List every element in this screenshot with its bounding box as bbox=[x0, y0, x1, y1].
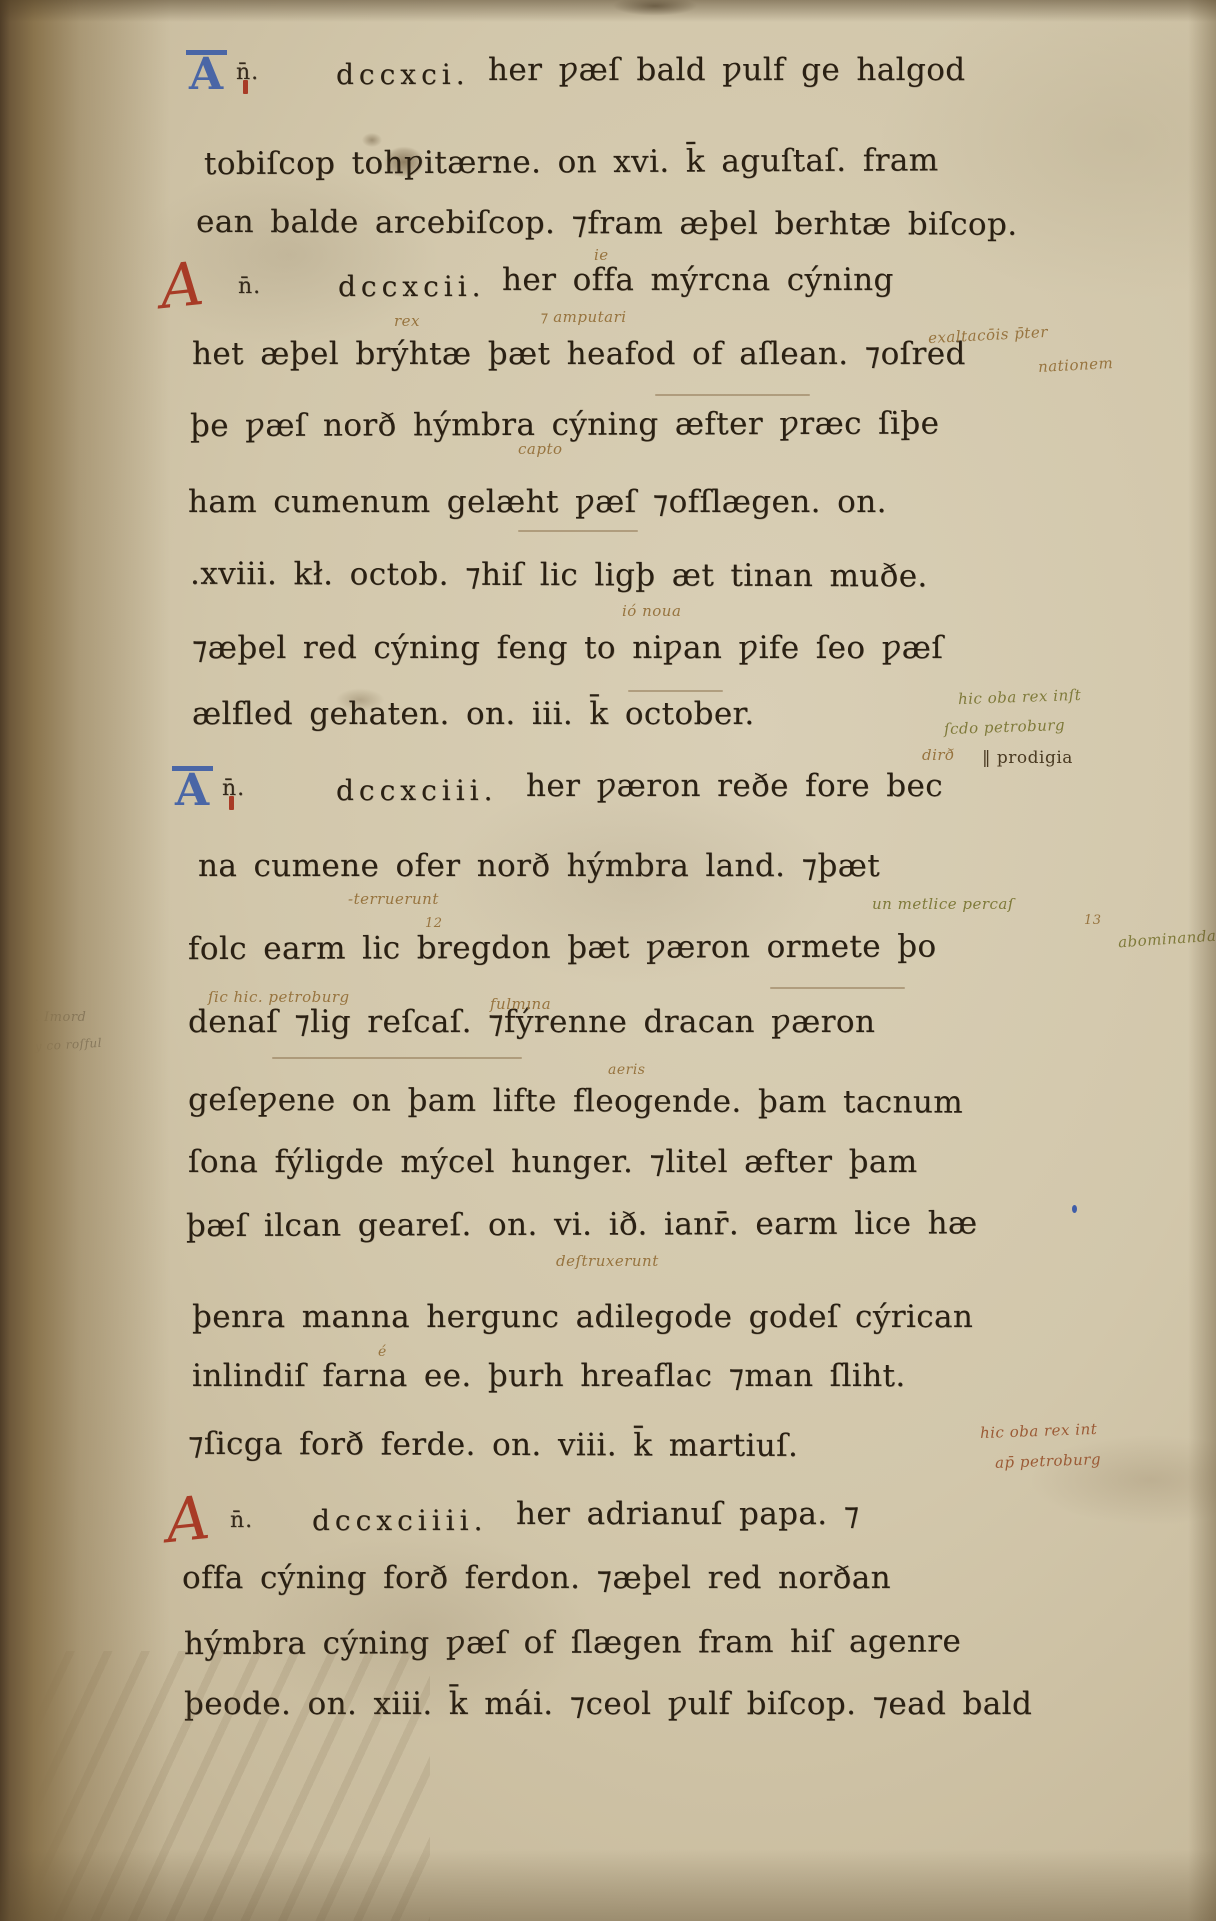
annal-initial-a: A bbox=[158, 260, 207, 312]
text-line-19: inlindiſ farna ee. þurh hreaflac ⁊man ſl… bbox=[192, 1358, 1216, 1414]
text-line-9: ⁊æþel red cýning feng to niƿan ƿife ſeo … bbox=[192, 630, 1216, 686]
interlinear-gloss: -terruerunt bbox=[348, 890, 439, 908]
annal-opening-text: her ƿæſ bald ƿulf ge halgod bbox=[488, 52, 966, 88]
text-line-21: A n̄. dccxciiii. her adrianuſ papa. ⁊ bbox=[0, 1496, 1216, 1552]
text-line-22: offa cýning forð ferdon. ⁊æþel red norða… bbox=[182, 1560, 1216, 1616]
margin-note: 2. Imord bbox=[26, 1010, 86, 1025]
interlinear-gloss: un metlice percaſ bbox=[872, 895, 1014, 913]
year-label: dccxciii. bbox=[336, 774, 498, 807]
year-label: dccxci. bbox=[336, 58, 470, 91]
margin-gloss: ‖ prodigia bbox=[982, 748, 1073, 768]
scan-artifact bbox=[0, 46, 9, 76]
text-line-23: hýmbra cýning ƿæſ of ſlægen fram hiſ age… bbox=[184, 1622, 1216, 1682]
red-tick bbox=[243, 80, 248, 94]
interlinear-gloss: rex bbox=[394, 312, 420, 330]
text-line-3: ean balde arcebiſcop. ⁊fram æþel berhtæ … bbox=[196, 204, 1216, 264]
margin-gloss: ap̄ petroburg bbox=[995, 1450, 1102, 1472]
text-line-6: þe ƿæſ norð hýmbra cýning æfter ƿræc ſiþ… bbox=[190, 404, 1216, 464]
annal-initial-a: A bbox=[172, 766, 213, 811]
interlinear-gloss: ió noua bbox=[622, 602, 681, 620]
text-line-8: .xviii. kł. octob. ⁊hiſ lic ligþ æt tina… bbox=[190, 556, 1216, 616]
underline-mark bbox=[655, 394, 810, 396]
underline-mark bbox=[272, 1057, 522, 1059]
interlinear-gloss: deſtruxerunt bbox=[556, 1252, 659, 1270]
year-label: dccxcii. bbox=[338, 270, 486, 303]
interlinear-gloss: ⁊ amputari bbox=[540, 308, 627, 326]
annal-opening-text: her offa mýrcna cýning bbox=[502, 262, 894, 298]
interlinear-gloss: ſic hic. petroburg bbox=[208, 988, 350, 1006]
underline-mark bbox=[518, 530, 638, 532]
annal-initial-a: A bbox=[164, 1494, 213, 1546]
text-line-7: ham cumenum gelæht ƿæſ ⁊ofſlægen. on. bbox=[188, 484, 1216, 540]
annal-opening-text: her adrianuſ papa. ⁊ bbox=[516, 1496, 860, 1532]
underline-mark bbox=[770, 987, 905, 989]
annal-opening-text: her ƿæron reðe fore bec bbox=[526, 768, 943, 804]
red-tick bbox=[229, 796, 234, 810]
interlinear-gloss: capto bbox=[518, 440, 563, 458]
manuscript-page: A n̄. dccxci. her ƿæſ bald ƿulf ge halgo… bbox=[0, 0, 1216, 1921]
text-line-2: tobiſcop tohƿitærne. on xvi. k̄ aguſtaſ.… bbox=[204, 140, 1216, 202]
page-edge-top bbox=[0, 0, 1216, 22]
interlinear-gloss: 12 bbox=[425, 916, 443, 931]
text-line-15: geſeƿene on þam lifte fleogende. þam tac… bbox=[188, 1082, 1216, 1142]
text-line-16: ſona fýligde mýcel hunger. ⁊litel æfter … bbox=[188, 1144, 1216, 1200]
interlinear-gloss: aeris bbox=[608, 1062, 646, 1078]
margin-gloss: 13 bbox=[1084, 913, 1102, 928]
year-label: dccxciiii. bbox=[312, 1504, 487, 1537]
annal-initial-n: n̄. bbox=[238, 274, 261, 299]
annal-initial-a: A bbox=[186, 50, 227, 95]
interlinear-gloss: é bbox=[378, 1344, 387, 1360]
page-edge-bottom bbox=[0, 1849, 1216, 1921]
margin-note: irry co roſful bbox=[18, 1036, 103, 1054]
interlinear-gloss: fulmına bbox=[490, 995, 551, 1013]
text-line-11: A n̄. dccxciii. her ƿæron reðe fore bec bbox=[0, 768, 1216, 824]
text-line-14: denaſ ⁊lig reſcaſ. ⁊fýrenne dracan ƿæron bbox=[188, 1004, 1216, 1060]
ink-speck bbox=[1072, 1205, 1077, 1213]
text-line-13: folc earm lic bregdon þæt ƿæron ormete þ… bbox=[188, 927, 1216, 987]
margin-gloss: dirð bbox=[922, 746, 955, 764]
annal-initial-n: n̄. bbox=[230, 1508, 253, 1533]
interlinear-gloss: ie bbox=[594, 246, 609, 264]
text-line-17: þæſ ilcan geareſ. on. vi. ið. ianr̄. ear… bbox=[186, 1204, 1216, 1264]
text-line-18: þenra manna hergunc adilegode godeſ cýri… bbox=[192, 1299, 1216, 1355]
text-line-1: A n̄. dccxci. her ƿæſ bald ƿulf ge halgo… bbox=[0, 52, 1216, 108]
text-line-24: þeode. on. xiii. k̄ mái. ⁊ceol ƿulf biſc… bbox=[184, 1686, 1216, 1742]
underline-mark bbox=[628, 690, 723, 692]
